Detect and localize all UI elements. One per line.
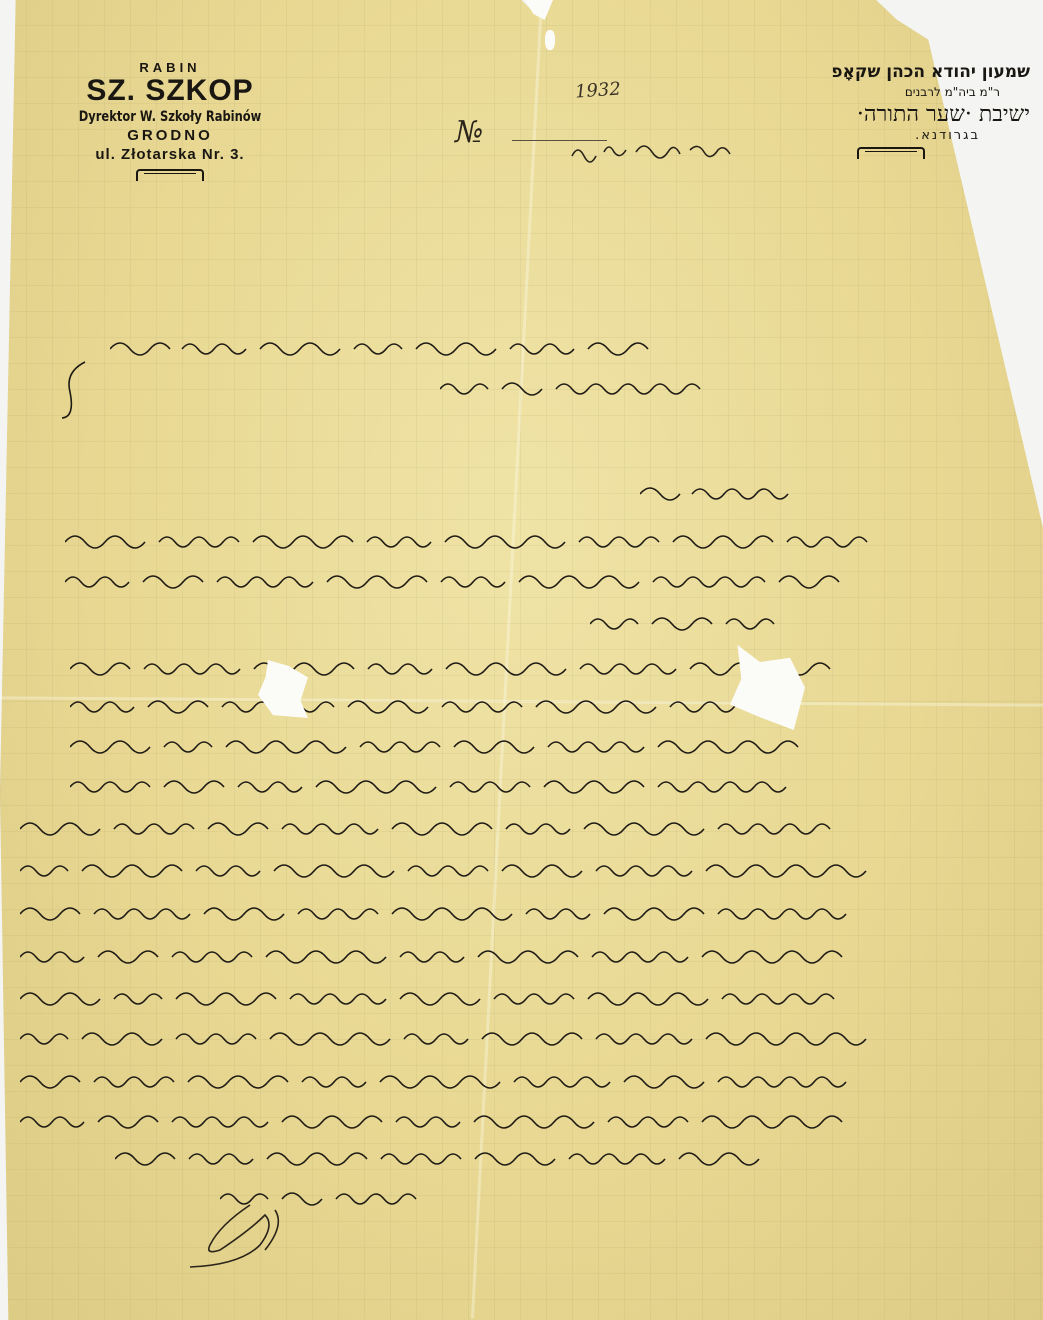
handwritten-body-line (70, 733, 1030, 755)
handwritten-dateline (568, 138, 768, 164)
letterhead-latin: RABIN SZ. SZKOP Dyrektor W. Szkoły Rabin… (40, 60, 300, 186)
handwritten-body-line (70, 693, 1030, 715)
paper-hole (545, 30, 555, 50)
letterhead-title: Dyrektor W. Szkoły Rabinów (63, 107, 276, 127)
handwritten-address-line (440, 375, 760, 397)
handwritten-address-line (110, 335, 760, 357)
letterhead-hebrew: שמעון יהודא הכהן שקאָפ ר"מ ביה"מ לרבנים … (745, 62, 1030, 164)
ornament-icon (857, 147, 925, 159)
handwritten-body-line (20, 1108, 1035, 1130)
letterhead-hebrew-role: ר"מ ביה"מ לרבנים (745, 82, 1030, 102)
honorific: RABIN (40, 60, 300, 75)
handwritten-body-line (20, 943, 1035, 965)
handwritten-body-line (70, 773, 1030, 795)
handwritten-flourish (60, 360, 90, 420)
handwritten-body-line (70, 655, 1030, 677)
handwritten-body-line (115, 1145, 815, 1167)
letterhead-location: בגרודנא. (745, 128, 1030, 143)
handwritten-salutation (640, 480, 790, 502)
handwritten-body-line (65, 568, 1035, 590)
letterhead-city: GRODNO (40, 127, 300, 145)
letterhead-hebrew-name: שמעון יהודא הכהן שקאָפ (745, 62, 1030, 82)
handwritten-body-line (20, 1068, 1035, 1090)
handwritten-body-line (20, 1025, 1035, 1047)
handwritten-body-line (590, 610, 780, 632)
handwritten-body-line (20, 815, 1035, 837)
ornament-icon (136, 169, 204, 181)
handwritten-body-line (20, 857, 1035, 879)
number-mark: № (455, 115, 483, 150)
year-annotation: 1932 (574, 78, 621, 102)
handwritten-body-line (20, 900, 1035, 922)
letterhead-institution: ישיבת ·שער התורה· (745, 102, 1030, 128)
signature (180, 1195, 440, 1270)
handwritten-body-line (20, 985, 1035, 1007)
letterhead-name: SZ. SZKOP (40, 75, 300, 107)
letterhead-address: ul. Złotarska Nr. 3. (40, 145, 300, 165)
handwritten-body-line (65, 528, 1035, 550)
